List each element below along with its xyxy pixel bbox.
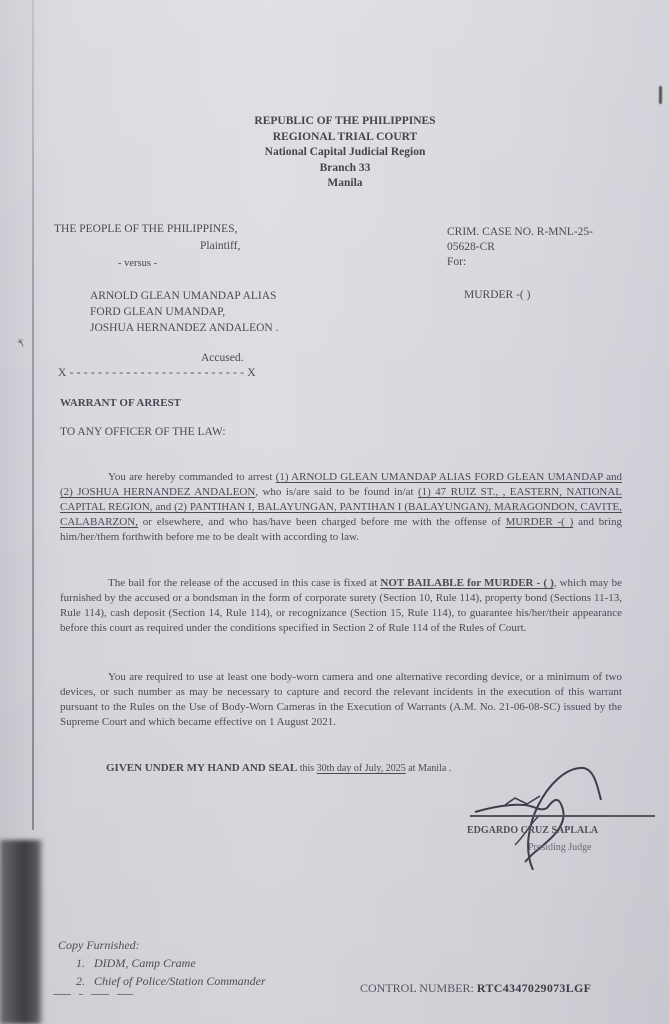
plaintiff-label: Plaintiff, xyxy=(200,240,240,252)
header-court: REGIONAL TRIAL COURT xyxy=(200,130,490,146)
accused-name: FORD GLEAN UMANDAP, xyxy=(90,304,278,320)
copy-furnished: Copy Furnished: DIDM, Camp Crame Chief o… xyxy=(58,936,266,990)
case-number-line1: CRIM. CASE NO. R-MNL-25- xyxy=(447,225,593,240)
header-region: National Capital Judicial Region xyxy=(200,145,490,161)
header-branch: Branch 33 xyxy=(200,161,490,177)
offense-underlined: MURDER -( ) xyxy=(506,516,574,528)
control-number-value: RTC4347029073LGF xyxy=(477,981,591,995)
accused-name: ARNOLD GLEAN UMANDAP ALIAS xyxy=(90,288,278,304)
copy-recipient: DIDM, Camp Crame xyxy=(88,954,266,972)
date-given: 30th day of July, 2025 xyxy=(317,763,406,774)
body-camera-paragraph: You are required to use at least one bod… xyxy=(60,670,622,730)
signature-line xyxy=(470,815,655,817)
bail-amount: NOT BAILABLE for MURDER - ( ) xyxy=(380,577,553,589)
accused-underlined: (1) ARNOLD GLEAN UMANDAP ALIAS FORD GLEA… xyxy=(276,471,622,483)
copy-furnished-label: Copy Furnished: xyxy=(58,936,266,954)
case-number: CRIM. CASE NO. R-MNL-25- 05628-CR For: xyxy=(447,225,593,270)
judge-title: Presiding Judge xyxy=(528,842,592,853)
document-title: WARRANT OF ARREST xyxy=(60,397,181,409)
paper-fold-line xyxy=(32,0,34,830)
accused-names: ARNOLD GLEAN UMANDAP ALIAS FORD GLEAN UM… xyxy=(90,288,278,336)
command-paragraph: You are hereby commanded to arrest (1) A… xyxy=(60,470,622,545)
plaintiff-name: THE PEOPLE OF THE PHILIPPINES, xyxy=(54,223,237,235)
paper-edge-shadow xyxy=(0,840,44,1024)
court-header: REPUBLIC OF THE PHILIPPINES REGIONAL TRI… xyxy=(200,114,490,192)
judge-name: EDGARDO CRUZ SAPLALA xyxy=(467,825,598,836)
case-number-line2: 05628-CR xyxy=(447,240,593,255)
dash-marks xyxy=(53,994,133,995)
versus-label: - versus - xyxy=(118,258,157,269)
offense-caption: MURDER -( ) xyxy=(464,289,530,301)
header-city: Manila xyxy=(200,176,490,192)
given-line: GIVEN UNDER MY HAND AND SEAL this 30th d… xyxy=(106,762,451,774)
header-republic: REPUBLIC OF THE PHILIPPINES xyxy=(200,114,490,130)
bail-paragraph: The bail for the release of the accused … xyxy=(60,576,622,636)
for-label: For: xyxy=(447,255,593,270)
accused-underlined-2: (2) JOSHUA HERNANDEZ ANDALEON xyxy=(60,486,255,498)
accused-name: JOSHUA HERNANDEZ ANDALEON . xyxy=(90,320,278,336)
paper-mark xyxy=(659,86,662,104)
accused-label: Accused. xyxy=(201,352,243,364)
salutation: TO ANY OFFICER OF THE LAW: xyxy=(60,426,226,438)
caption-separator: X - - - - - - - - - - - - - - - - - - - … xyxy=(58,367,256,379)
control-number: CONTROL NUMBER: RTC4347029073LGF xyxy=(360,981,591,996)
copy-recipient: Chief of Police/Station Commander xyxy=(88,972,266,990)
